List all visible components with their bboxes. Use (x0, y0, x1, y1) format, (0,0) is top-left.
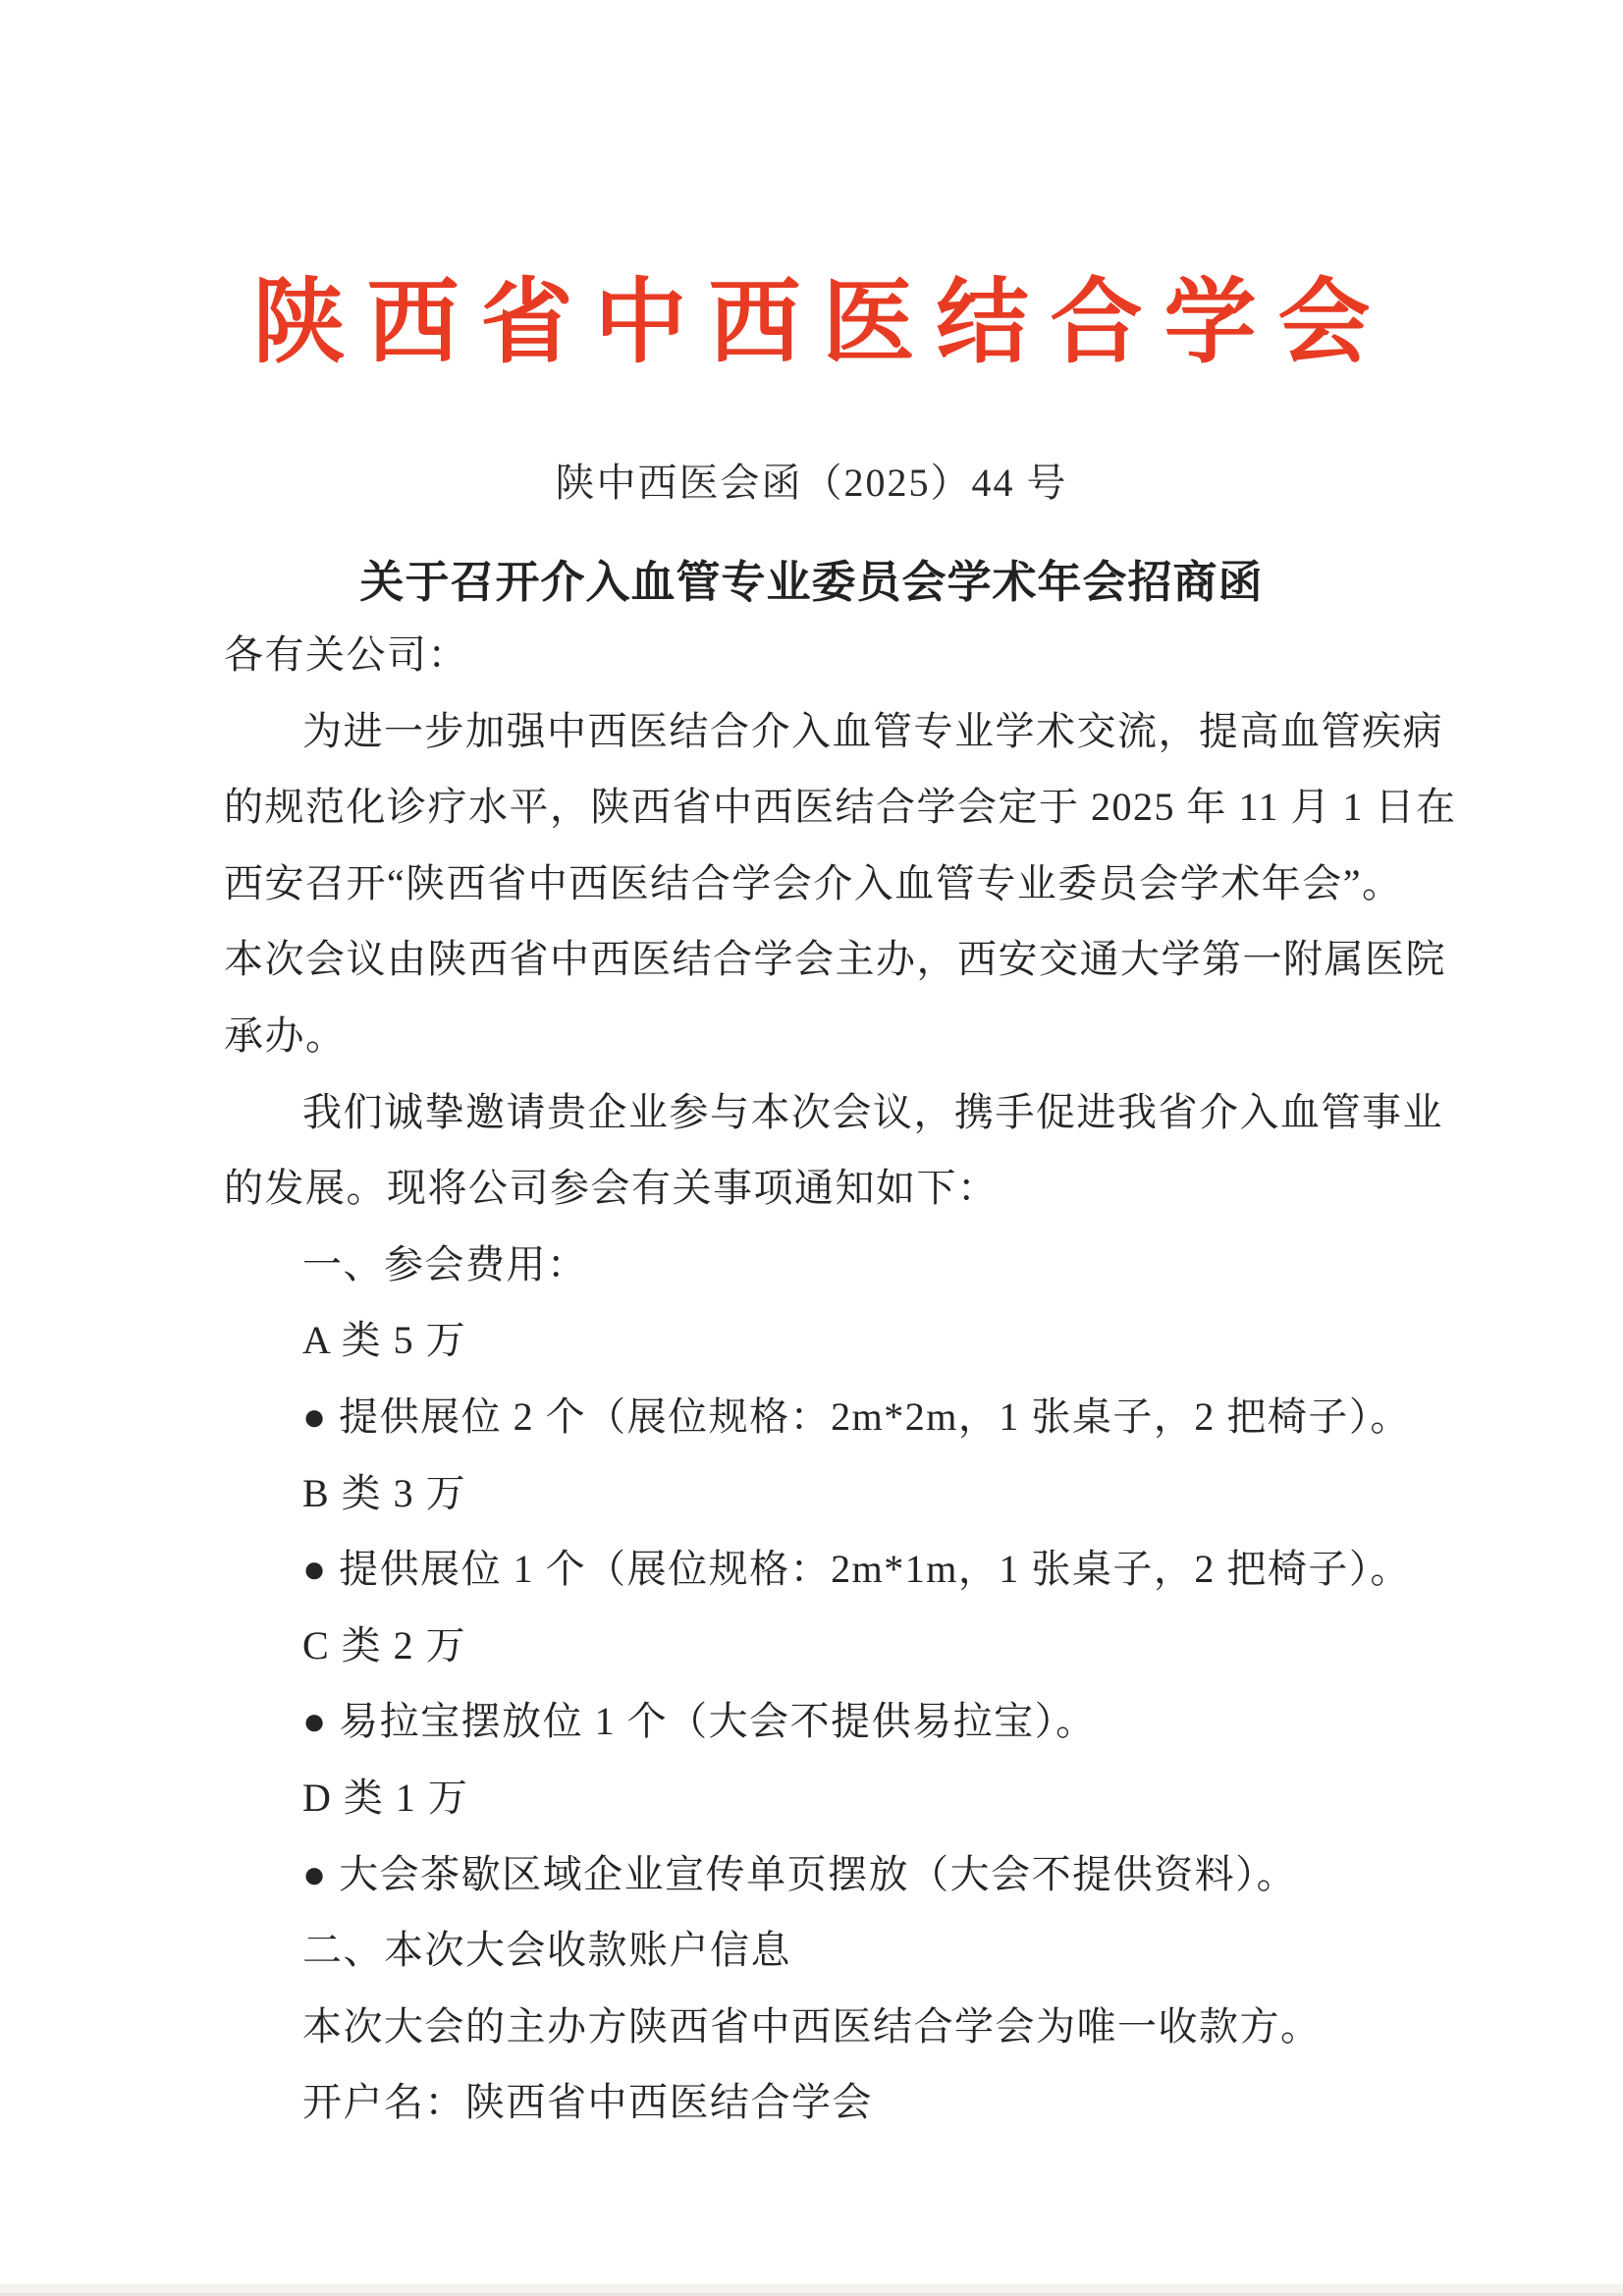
invite-paragraph-line-2: 的发展。现将公司参会有关事项通知如下： (224, 1150, 1412, 1227)
fee-class-d: D 类 1 万 (224, 1760, 1412, 1836)
fee-class-a: A 类 5 万 (224, 1302, 1412, 1379)
section-1-heading: 一、参会费用： (224, 1227, 1412, 1303)
fee-class-b: B 类 3 万 (224, 1455, 1412, 1532)
fee-class-c: C 类 2 万 (224, 1608, 1412, 1684)
fee-class-c-benefit: ● 易拉宝摆放位 1 个（大会不提供易拉宝）。 (224, 1683, 1412, 1760)
intro-paragraph-line-1: 为进一步加强中西医结合介入血管专业学术交流，提高血管疾病 (224, 693, 1412, 770)
organization-title: 陕西省中西医结合学会 (0, 247, 1623, 380)
fee-class-d-benefit: ● 大会茶歇区域企业宣传单页摆放（大会不提供资料）。 (224, 1836, 1412, 1913)
intro-paragraph-line-5: 承办。 (224, 998, 1412, 1074)
fee-class-b-benefit: ● 提供展位 1 个（展位规格：2m*1m，1 张桌子，2 把椅子）。 (224, 1531, 1412, 1608)
account-name-line: 开户名：陕西省中西医结合学会 (224, 2064, 1412, 2141)
scanned-letter-page: 陕西省中西医结合学会 陕中西医会函（2025）44 号 关于召开介入血管专业委员… (0, 0, 1623, 2296)
letter-body: 各有关公司： 为进一步加强中西医结合介入血管专业学术交流，提高血管疾病 的规范化… (224, 617, 1412, 2141)
letter-subject-heading: 关于召开介入血管专业委员会学术年会招商函 (0, 546, 1623, 610)
intro-paragraph-line-4: 本次会议由陕西省中西医结合学会主办，西安交通大学第一附属医院 (224, 921, 1412, 998)
fee-class-a-benefit: ● 提供展位 2 个（展位规格：2m*2m，1 张桌子，2 把椅子）。 (224, 1379, 1412, 1455)
scan-edge-artifact (0, 2284, 1623, 2296)
salutation: 各有关公司： (224, 617, 1412, 693)
intro-paragraph-line-3: 西安召开“陕西省中西医结合学会介入血管专业委员会学术年会”。 (224, 846, 1412, 922)
section-2-heading: 二、本次大会收款账户信息 (224, 1912, 1412, 1989)
invite-paragraph-line-1: 我们诚挚邀请贵企业参与本次会议，携手促进我省介入血管事业 (224, 1074, 1412, 1151)
intro-paragraph-line-2: 的规范化诊疗水平，陕西省中西医结合学会定于 2025 年 11 月 1 日在 (224, 769, 1412, 846)
document-ref-number: 陕中西医会函（2025）44 号 (0, 452, 1623, 508)
payee-note-line: 本次大会的主办方陕西省中西医结合学会为唯一收款方。 (224, 1989, 1412, 2065)
